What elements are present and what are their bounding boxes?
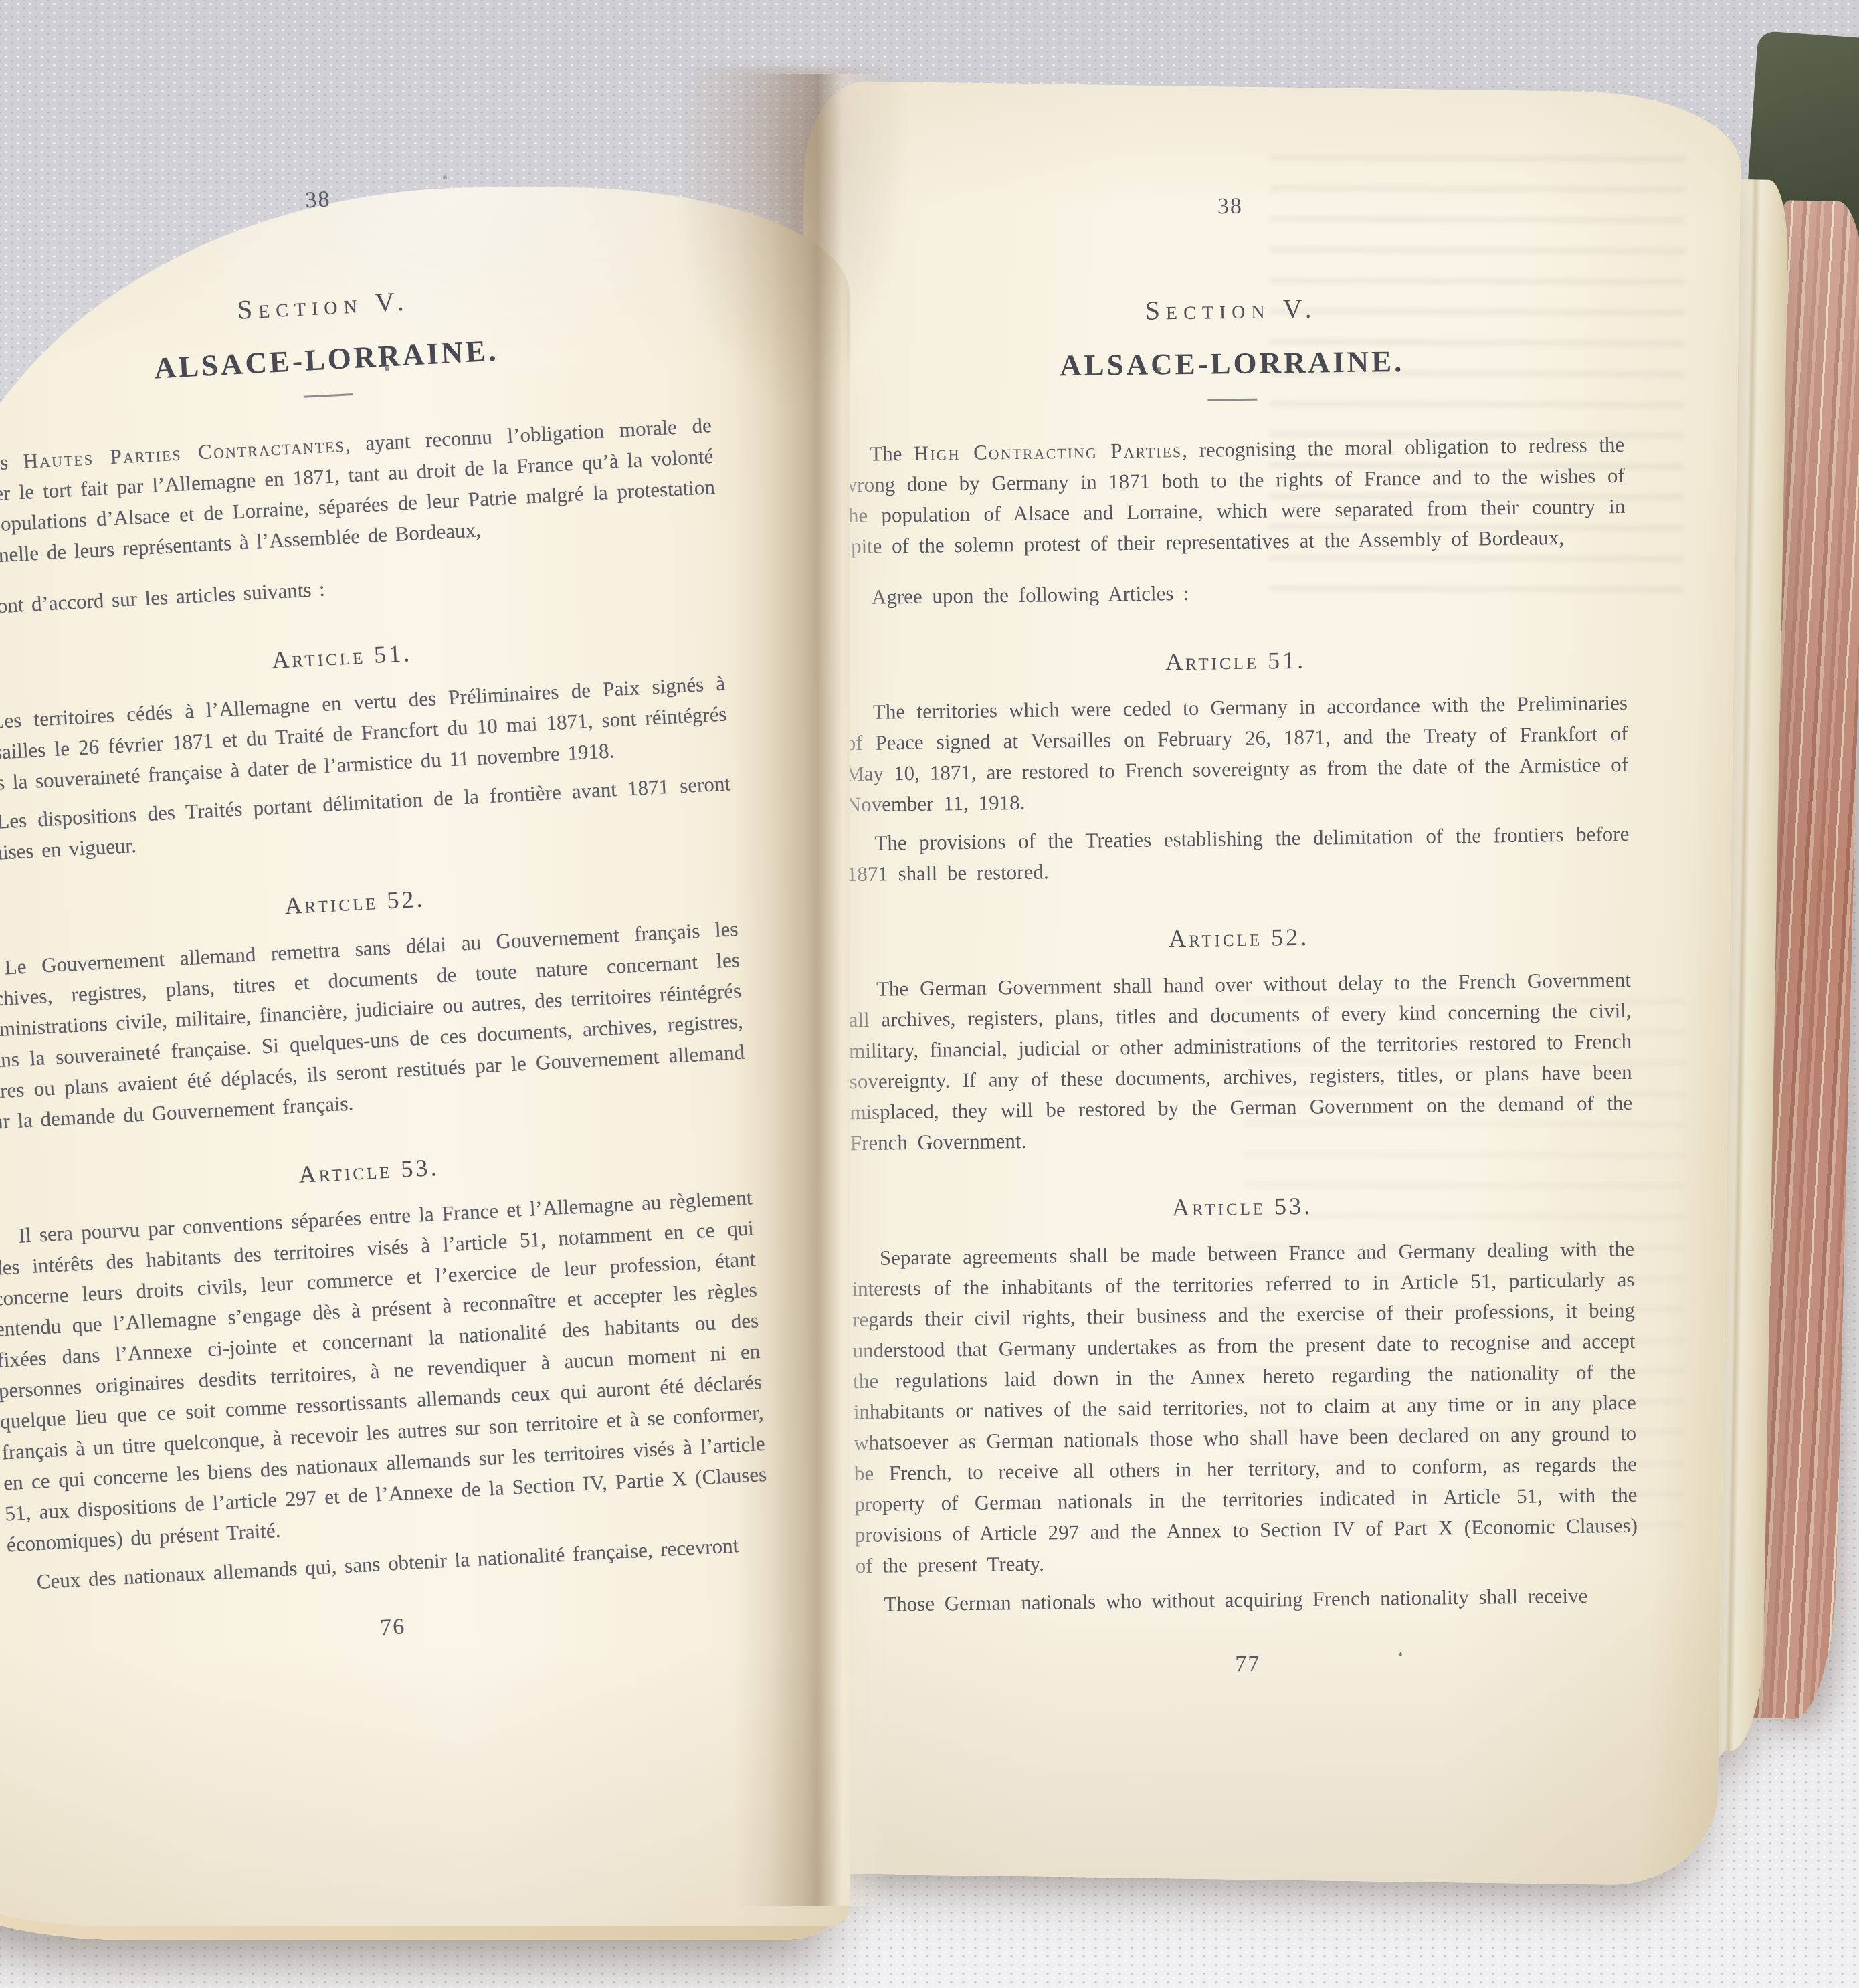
article-51-heading: Article 51. xyxy=(844,641,1627,681)
running-head-number: 38 xyxy=(0,165,700,235)
section-rule xyxy=(304,393,353,398)
section-rule xyxy=(1207,399,1257,401)
article-53-paragraph-1: Il sera pourvu par conventions séparées … xyxy=(0,1182,769,1560)
photo-of-open-treaty-book: 38 Section V. ALSACE-LORRAINE. The High … xyxy=(0,0,1859,1988)
article-51-paragraph-1: The territories which were ceded to Germ… xyxy=(845,688,1629,820)
intro-smallcaps: High Contracting Parties xyxy=(914,438,1183,465)
print-speck xyxy=(443,175,447,179)
page-number-value: 76 xyxy=(379,1614,406,1640)
page-number: 77‘ xyxy=(856,1644,1639,1684)
article-51-paragraph-2: The provisions of the Treaties establish… xyxy=(846,819,1630,890)
article-52-paragraph-1: Le Gouvernement allemand remettra sans d… xyxy=(0,914,747,1138)
right-page-text: 38 Section V. ALSACE-LORRAINE. The High … xyxy=(839,187,1640,1684)
print-speck xyxy=(385,367,389,371)
right-page: 38 Section V. ALSACE-LORRAINE. The High … xyxy=(780,80,1741,1886)
article-53-heading: Article 53. xyxy=(851,1187,1634,1227)
agreement-line: Agree upon the following Articles : xyxy=(844,573,1626,613)
section-heading: Section V. xyxy=(840,290,1622,330)
article-52-heading: Article 52. xyxy=(848,918,1630,958)
section-title: ALSACE-LORRAINE. xyxy=(840,343,1623,383)
intro-lead: The xyxy=(870,441,914,466)
article-52-paragraph-1: The German Government shall hand over wi… xyxy=(848,965,1633,1159)
intro-paragraph: Les Hautes Parties Contractantes, ayant … xyxy=(0,410,717,573)
left-page: 38 Section V. ALSACE-LORRAINE. Les Haute… xyxy=(0,187,850,1926)
page-number-value: 77 xyxy=(1235,1652,1260,1676)
stray-print-mark: ‘ xyxy=(1397,1643,1405,1674)
intro-lead: Les xyxy=(0,450,24,475)
running-head-number: 38 xyxy=(839,187,1622,227)
article-53-paragraph-2: Those German nationals who without acqui… xyxy=(856,1580,1638,1620)
left-page-text: 38 Section V. ALSACE-LORRAINE. Les Haute… xyxy=(0,165,775,1663)
intro-paragraph: The High Contracting Parties, recognisin… xyxy=(842,429,1626,562)
section-title: ALSACE-LORRAINE. xyxy=(0,324,708,395)
article-53-paragraph-1: Separate agreements shall be made betwee… xyxy=(852,1233,1638,1581)
intro-rest: , ayant reconnu l’obligation morale de r… xyxy=(0,413,715,569)
page-number: 76 xyxy=(11,1593,775,1664)
